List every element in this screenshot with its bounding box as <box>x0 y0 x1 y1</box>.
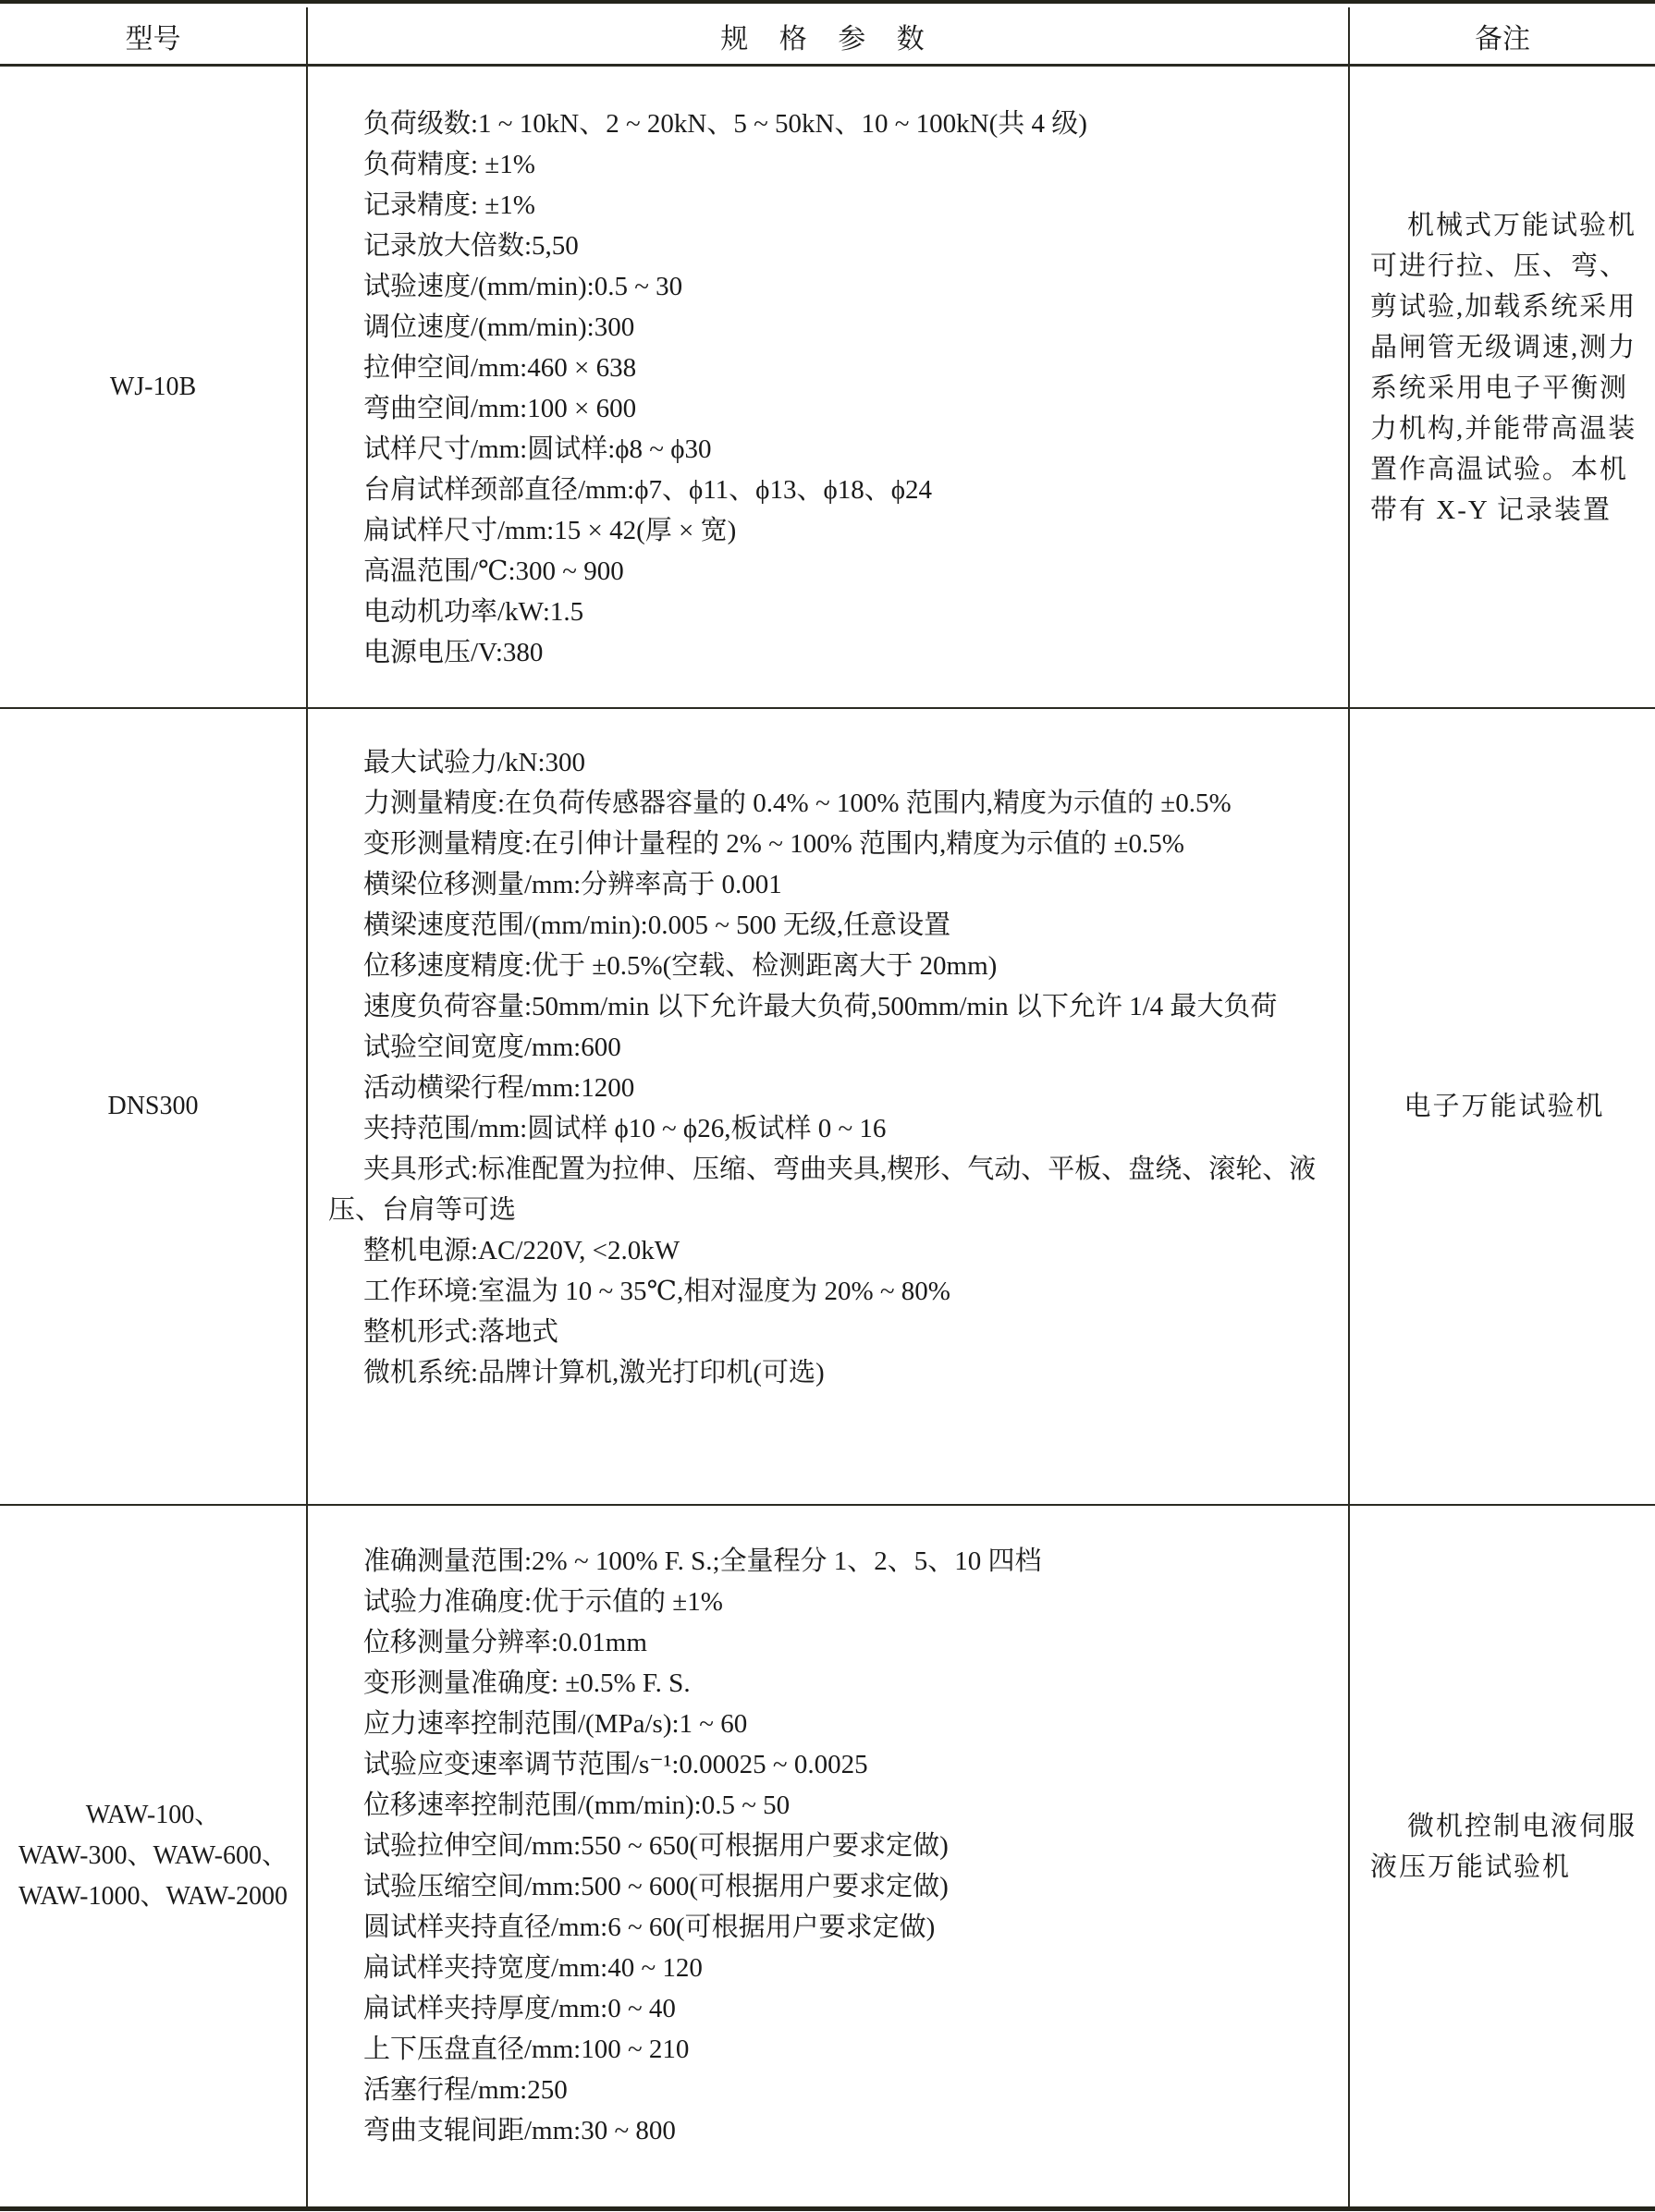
model-name: WJ-10B <box>110 367 196 408</box>
table-header-row: 型号 规 格 参 数 备注 <box>0 7 1655 67</box>
spec-line: 上下压盘直径/mm:100 ~ 210 <box>328 2029 1330 2070</box>
spec-line: 微机系统:品牌计算机,激光打印机(可选) <box>328 1352 1330 1393</box>
note-cell: 机械式万能试验机可进行拉、压、弯、剪试验,加载系统采用晶闸管无级调速,测力系统采… <box>1348 67 1655 707</box>
spec-line: 负荷级数:1 ~ 10kN、2 ~ 20kN、5 ~ 50kN、10 ~ 100… <box>328 104 1330 144</box>
specs-cell: 负荷级数:1 ~ 10kN、2 ~ 20kN、5 ~ 50kN、10 ~ 100… <box>306 67 1348 707</box>
spec-line: 试验拉伸空间/mm:550 ~ 650(可根据用户要求定做) <box>328 1826 1330 1866</box>
spec-line: 应力速率控制范围/(MPa/s):1 ~ 60 <box>328 1704 1330 1744</box>
note-text: 微机控制电液伺服液压万能试验机 <box>1370 1806 1638 1888</box>
model-cell: WAW-100、 WAW-300、WAW-600、 WAW-1000、WAW-2… <box>0 1506 306 2206</box>
spec-line: 位移速率控制范围/(mm/min):0.5 ~ 50 <box>328 1785 1330 1826</box>
spec-line: 速度负荷容量:50mm/min 以下允许最大负荷,500mm/min 以下允许 … <box>328 986 1330 1027</box>
header-specs: 规 格 参 数 <box>306 7 1348 64</box>
spec-line: 负荷精度: ±1% <box>328 144 1330 185</box>
header-model: 型号 <box>0 7 306 64</box>
note-cell: 微机控制电液伺服液压万能试验机 <box>1348 1506 1655 2206</box>
spec-line: 位移测量分辨率:0.01mm <box>328 1622 1330 1663</box>
spec-line: 夹持范围/mm:圆试样 ϕ10 ~ ϕ26,板试样 0 ~ 16 <box>328 1108 1330 1149</box>
spec-line: 整机电源:AC/220V, <2.0kW <box>328 1230 1330 1271</box>
spec-line: 扁试样夹持厚度/mm:0 ~ 40 <box>328 1988 1330 2029</box>
spec-line: 活塞行程/mm:250 <box>328 2070 1330 2110</box>
note-text: 电子万能试验机 <box>1404 1086 1604 1127</box>
spec-line: 扁试样夹持宽度/mm:40 ~ 120 <box>328 1948 1330 1988</box>
spec-line: 工作环境:室温为 10 ~ 35℃,相对湿度为 20% ~ 80% <box>328 1271 1330 1312</box>
spec-line: 试验空间宽度/mm:600 <box>328 1027 1330 1068</box>
spec-line: 试验速度/(mm/min):0.5 ~ 30 <box>328 266 1330 307</box>
spec-line: 高温范围/℃:300 ~ 900 <box>328 551 1330 592</box>
spec-line: 准确测量范围:2% ~ 100% F. S.;全量程分 1、2、5、10 四档 <box>328 1541 1330 1582</box>
spec-line: 电源电压/V:380 <box>328 632 1330 673</box>
spec-line: 夹具形式:标准配置为拉伸、压缩、弯曲夹具,楔形、气动、平板、盘绕、滚轮、液压、台… <box>328 1149 1330 1230</box>
specs-cell: 最大试验力/kN:300 力测量精度:在负荷传感器容量的 0.4% ~ 100%… <box>306 709 1348 1504</box>
spec-line: 横梁速度范围/(mm/min):0.005 ~ 500 无级,任意设置 <box>328 905 1330 946</box>
model-name: DNS300 <box>107 1086 198 1127</box>
model-cell: DNS300 <box>0 709 306 1504</box>
spec-line: 调位速度/(mm/min):300 <box>328 307 1330 348</box>
spec-line: 力测量精度:在负荷传感器容量的 0.4% ~ 100% 范围内,精度为示值的 ±… <box>328 783 1330 824</box>
spec-line: 变形测量准确度: ±0.5% F. S. <box>328 1663 1330 1704</box>
spec-line: 电动机功率/kW:1.5 <box>328 592 1330 632</box>
spec-line: 试验力准确度:优于示值的 ±1% <box>328 1582 1330 1622</box>
spec-line: 变形测量精度:在引伸计量程的 2% ~ 100% 范围内,精度为示值的 ±0.5… <box>328 824 1330 864</box>
spec-line: 试验压缩空间/mm:500 ~ 600(可根据用户要求定做) <box>328 1866 1330 1907</box>
table-row: WJ-10B 负荷级数:1 ~ 10kN、2 ~ 20kN、5 ~ 50kN、1… <box>0 67 1655 709</box>
spec-line: 记录放大倍数:5,50 <box>328 226 1330 266</box>
spec-line: 圆试样夹持直径/mm:6 ~ 60(可根据用户要求定做) <box>328 1907 1330 1948</box>
model-cell: WJ-10B <box>0 67 306 707</box>
note-text: 机械式万能试验机可进行拉、压、弯、剪试验,加载系统采用晶闸管无级调速,测力系统采… <box>1370 205 1638 531</box>
spec-line: 试样尺寸/mm:圆试样:ϕ8 ~ ϕ30 <box>328 429 1330 470</box>
spec-line: 弯曲支辊间距/mm:30 ~ 800 <box>328 2110 1330 2151</box>
header-notes: 备注 <box>1348 7 1655 64</box>
spec-line: 位移速度精度:优于 ±0.5%(空载、检测距离大于 20mm) <box>328 946 1330 986</box>
table-row: DNS300 最大试验力/kN:300 力测量精度:在负荷传感器容量的 0.4%… <box>0 709 1655 1506</box>
model-name: WAW-300、WAW-600、 <box>18 1836 288 1876</box>
spec-line: 试验应变速率调节范围/s⁻¹:0.00025 ~ 0.0025 <box>328 1744 1330 1785</box>
spec-line: 拉伸空间/mm:460 × 638 <box>328 348 1330 388</box>
spec-line: 记录精度: ±1% <box>328 185 1330 226</box>
spec-line: 活动横梁行程/mm:1200 <box>328 1068 1330 1108</box>
spec-line: 横梁位移测量/mm:分辨率高于 0.001 <box>328 864 1330 905</box>
spec-line: 整机形式:落地式 <box>328 1312 1330 1352</box>
spec-line: 最大试验力/kN:300 <box>328 742 1330 783</box>
model-name: WAW-100、 <box>86 1795 221 1836</box>
spec-line: 扁试样尺寸/mm:15 × 42(厚 × 宽) <box>328 510 1330 551</box>
model-name: WAW-1000、WAW-2000 <box>18 1876 288 1917</box>
table-row: WAW-100、 WAW-300、WAW-600、 WAW-1000、WAW-2… <box>0 1506 1655 2211</box>
spec-line: 台肩试样颈部直径/mm:ϕ7、ϕ11、ϕ13、ϕ18、ϕ24 <box>328 470 1330 510</box>
note-cell: 电子万能试验机 <box>1348 709 1655 1504</box>
spec-line: 弯曲空间/mm:100 × 600 <box>328 388 1330 429</box>
specs-cell: 准确测量范围:2% ~ 100% F. S.;全量程分 1、2、5、10 四档 … <box>306 1506 1348 2206</box>
spec-table: 型号 规 格 参 数 备注 WJ-10B 负荷级数:1 ~ 10kN、2 ~ 2… <box>0 0 1655 2212</box>
